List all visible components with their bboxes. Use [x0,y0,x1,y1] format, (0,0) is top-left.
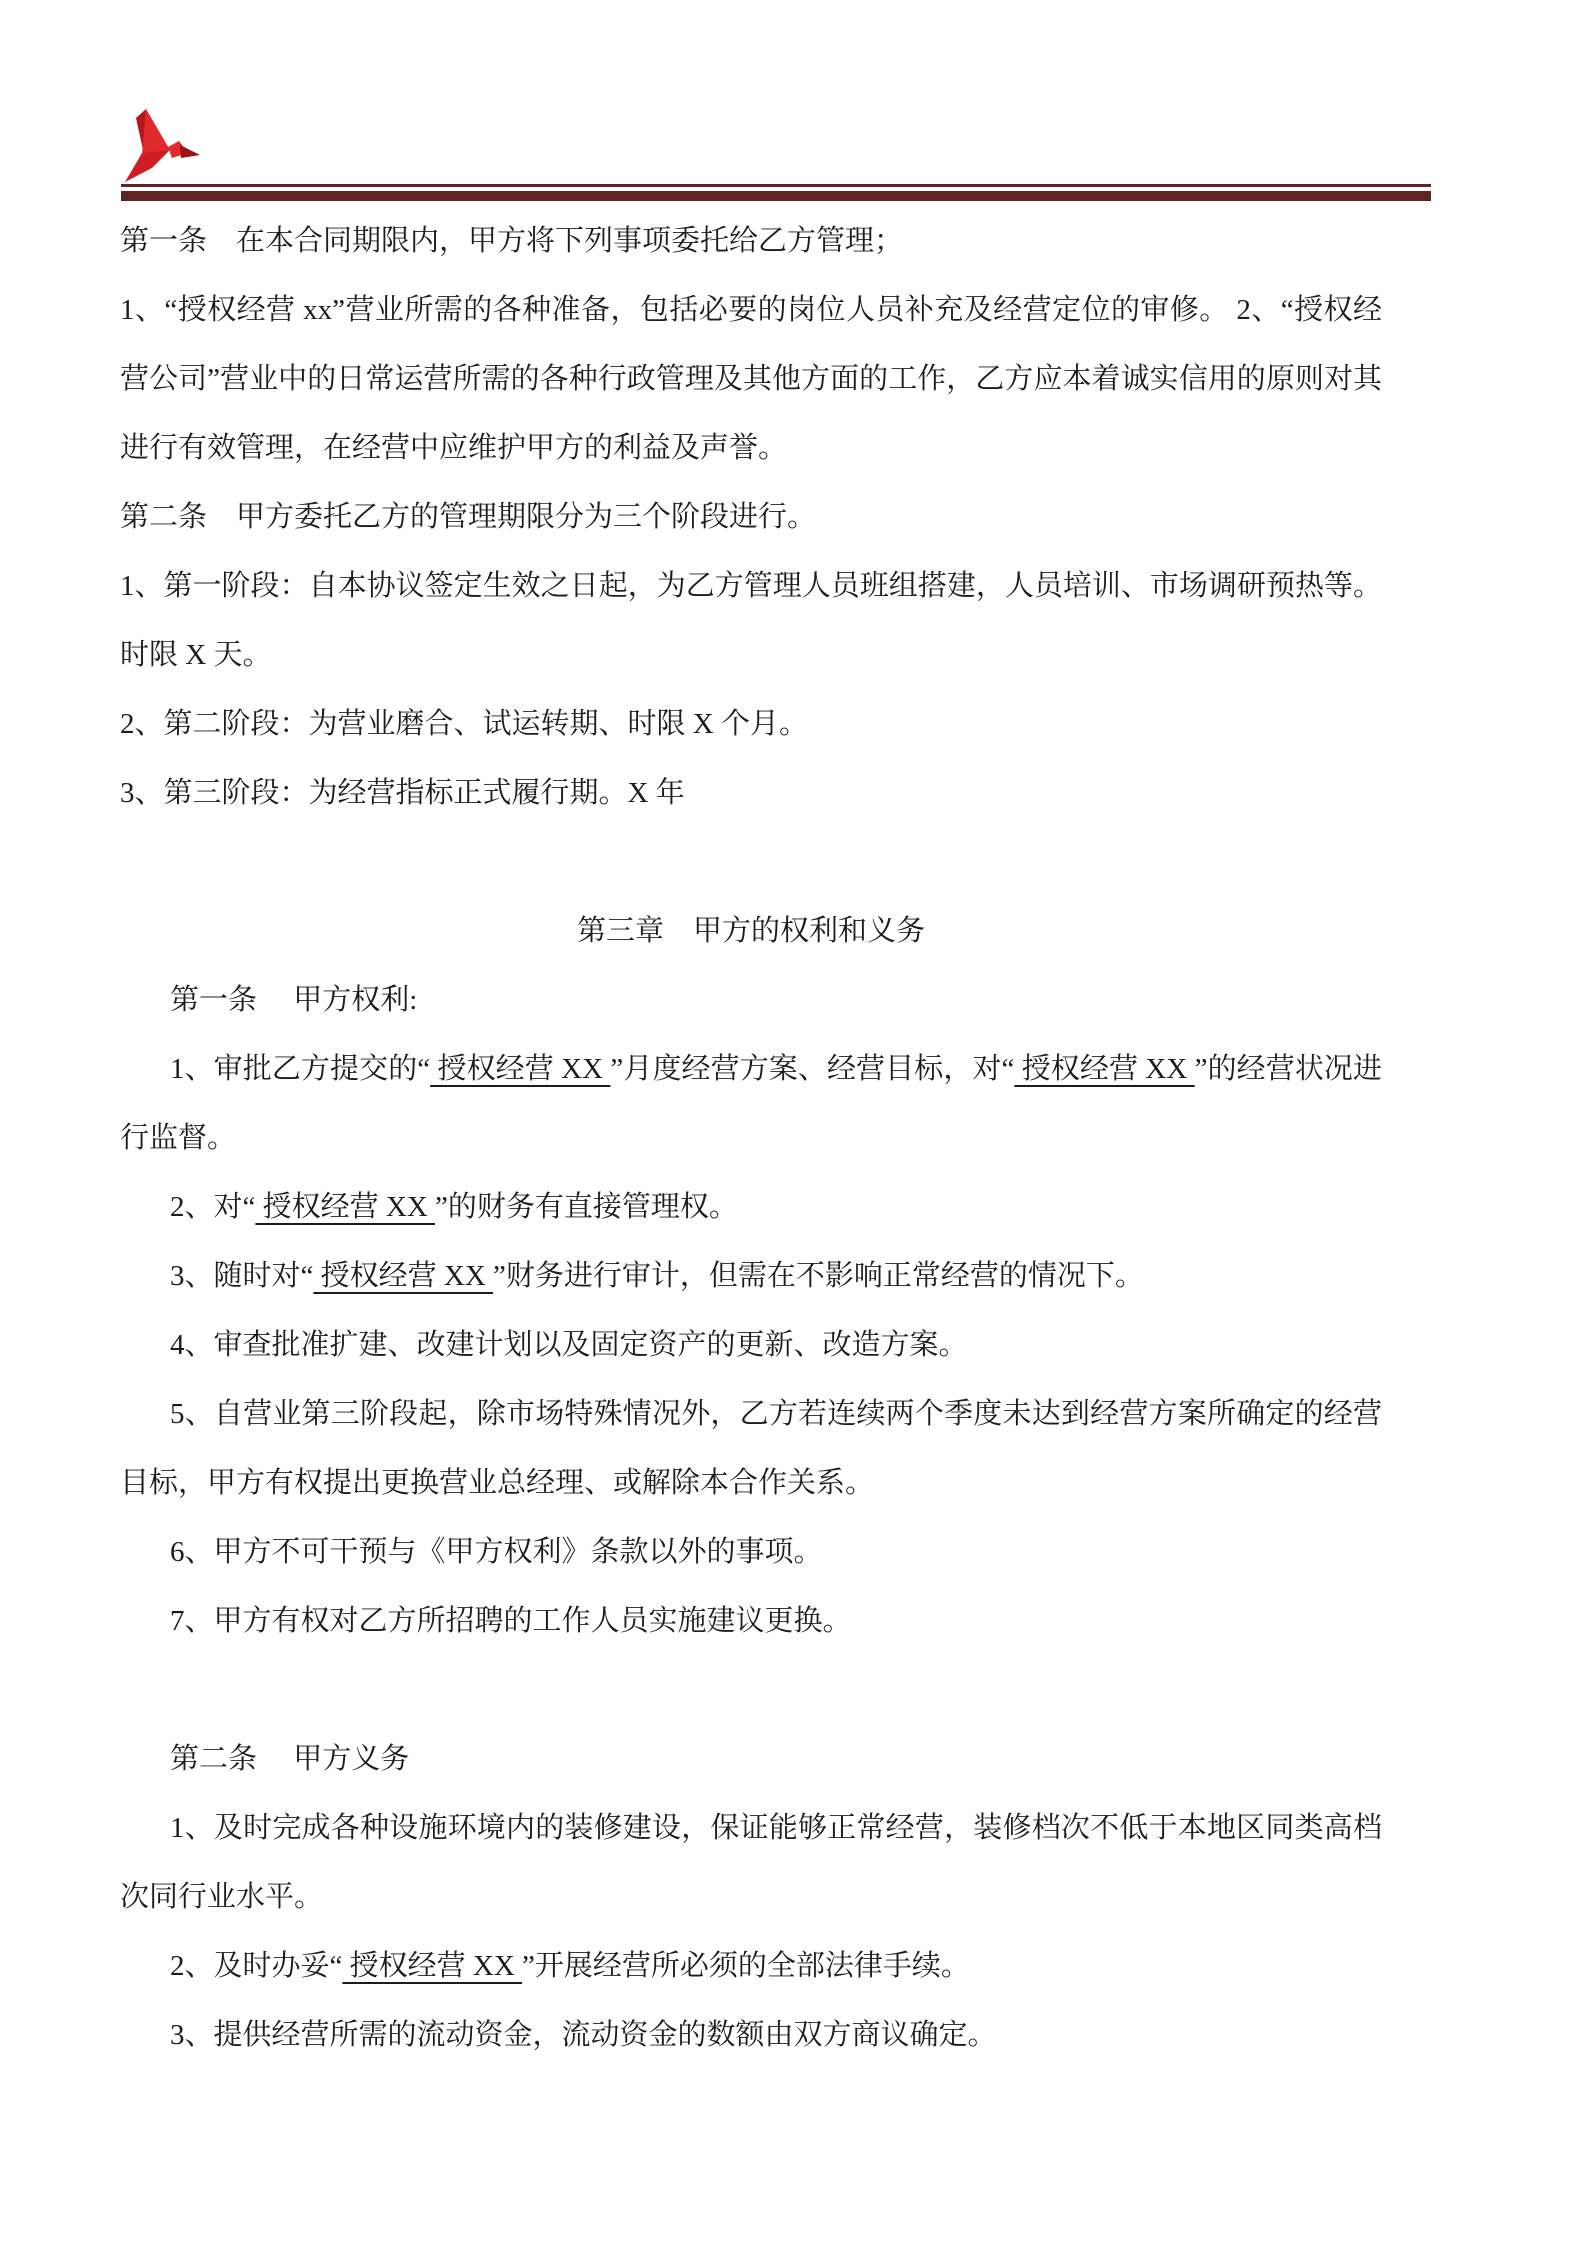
header-rule-thick [121,191,1431,201]
text-run: 5、自营业第三阶段起，除市场特殊情况外，乙方若连续两个季度未达到经营方案所确定的… [120,1398,1382,1499]
paragraph: 1、第一阶段：自本协议签定生效之日起，为乙方管理人员班组搭建，人员培训、市场调研… [120,552,1382,690]
paragraph: 1、及时完成各种设施环境内的装修建设，保证能够正常经营，装修档次不低于本地区同类… [120,1794,1382,1932]
text-run: ”月度经营方案、经营目标，对“ [610,1053,1014,1085]
paragraph: 1、“授权经营 xx”营业所需的各种准备，包括必要的岗位人员补充及经营定位的审修… [120,276,1382,483]
text-run: 第二条 甲方委托乙方的管理期限分为三个阶段进行。 [120,501,816,533]
text-run: 第一条 甲方权利: [170,984,417,1016]
text-run: 第二条 甲方义务 [170,1743,409,1775]
paragraph: 3、第三阶段：为经营指标正式履行期。X 年 [120,759,1382,828]
paragraph: 4、审查批准扩建、改建计划以及固定资产的更新、改造方案。 [120,1311,1382,1380]
text-run: ”财务进行审计，但需在不影响正常经营的情况下。 [493,1260,1144,1292]
paragraph: 1、审批乙方提交的“ 授权经营 XX ”月度经营方案、经营目标，对“ 授权经营 … [120,1035,1382,1173]
text-run: 3、随时对“ [170,1260,313,1292]
paragraph: 5、自营业第三阶段起，除市场特殊情况外，乙方若连续两个季度未达到经营方案所确定的… [120,1380,1382,1518]
document-body: 第一条 在本合同期限内，甲方将下列事项委托给乙方管理；1、“授权经营 xx”营业… [120,207,1382,2070]
text-run: 2、第二阶段：为营业磨合、试运转期、时限 X 个月。 [120,708,808,740]
text-run: 1、第一阶段：自本协议签定生效之日起，为乙方管理人员班组搭建，人员培训、市场调研… [120,570,1382,671]
paragraph: 第一条 在本合同期限内，甲方将下列事项委托给乙方管理； [120,207,1382,276]
text-run: 2、对“ [170,1191,255,1223]
text-run: 3、提供经营所需的流动资金，流动资金的数额由双方商议确定。 [170,2019,997,2051]
text-run: 第一条 在本合同期限内，甲方将下列事项委托给乙方管理； [120,225,903,257]
underlined-text-run: 授权经营 XX [313,1260,493,1292]
blank-line [120,828,1382,897]
text-run: 1、“授权经营 xx”营业所需的各种准备，包括必要的岗位人员补充及经营定位的审修… [120,294,1382,464]
header-rule-thin [121,184,1431,187]
paragraph: 2、对“ 授权经营 XX ”的财务有直接管理权。 [120,1173,1382,1242]
text-run: 1、及时完成各种设施环境内的装修建设，保证能够正常经营，装修档次不低于本地区同类… [120,1812,1382,1913]
text-run: 2、及时办妥“ [170,1950,342,1982]
paragraph: 2、第二阶段：为营业磨合、试运转期、时限 X 个月。 [120,690,1382,759]
blank-line [120,1656,1382,1725]
underlined-text-run: 授权经营 XX [430,1053,610,1085]
text-run: 4、审查批准扩建、改建计划以及固定资产的更新、改造方案。 [170,1329,968,1361]
text-run: 6、甲方不可干预与《甲方权利》条款以外的事项。 [170,1536,823,1568]
paragraph: 第一条 甲方权利: [120,966,1382,1035]
paragraph: 6、甲方不可干预与《甲方权利》条款以外的事项。 [120,1518,1382,1587]
paragraph: 3、提供经营所需的流动资金，流动资金的数额由双方商议确定。 [120,2001,1382,2070]
origami-bird-logo-icon [122,106,204,184]
text-run: ”的财务有直接管理权。 [435,1191,738,1223]
underlined-text-run: 授权经营 XX [1014,1053,1194,1085]
text-run: 3、第三阶段：为经营指标正式履行期。X 年 [120,777,685,809]
text-run: 第三章 甲方的权利和义务 [577,915,925,947]
paragraph: 2、及时办妥“ 授权经营 XX ”开展经营所必须的全部法律手续。 [120,1932,1382,2001]
text-run: ”开展经营所必须的全部法律手续。 [522,1950,970,1982]
underlined-text-run: 授权经营 XX [342,1950,522,1982]
text-run: 1、审批乙方提交的“ [170,1053,430,1085]
text-run: 7、甲方有权对乙方所招聘的工作人员实施建议更换。 [170,1605,852,1637]
paragraph: 7、甲方有权对乙方所招聘的工作人员实施建议更换。 [120,1587,1382,1656]
paragraph: 第二条 甲方委托乙方的管理期限分为三个阶段进行。 [120,483,1382,552]
paragraph: 3、随时对“ 授权经营 XX ”财务进行审计，但需在不影响正常经营的情况下。 [120,1242,1382,1311]
document-page: 第一条 在本合同期限内，甲方将下列事项委托给乙方管理；1、“授权经营 xx”营业… [0,0,1587,2245]
paragraph: 第二条 甲方义务 [120,1725,1382,1794]
chapter-heading: 第三章 甲方的权利和义务 [120,897,1382,966]
underlined-text-run: 授权经营 XX [255,1191,435,1223]
